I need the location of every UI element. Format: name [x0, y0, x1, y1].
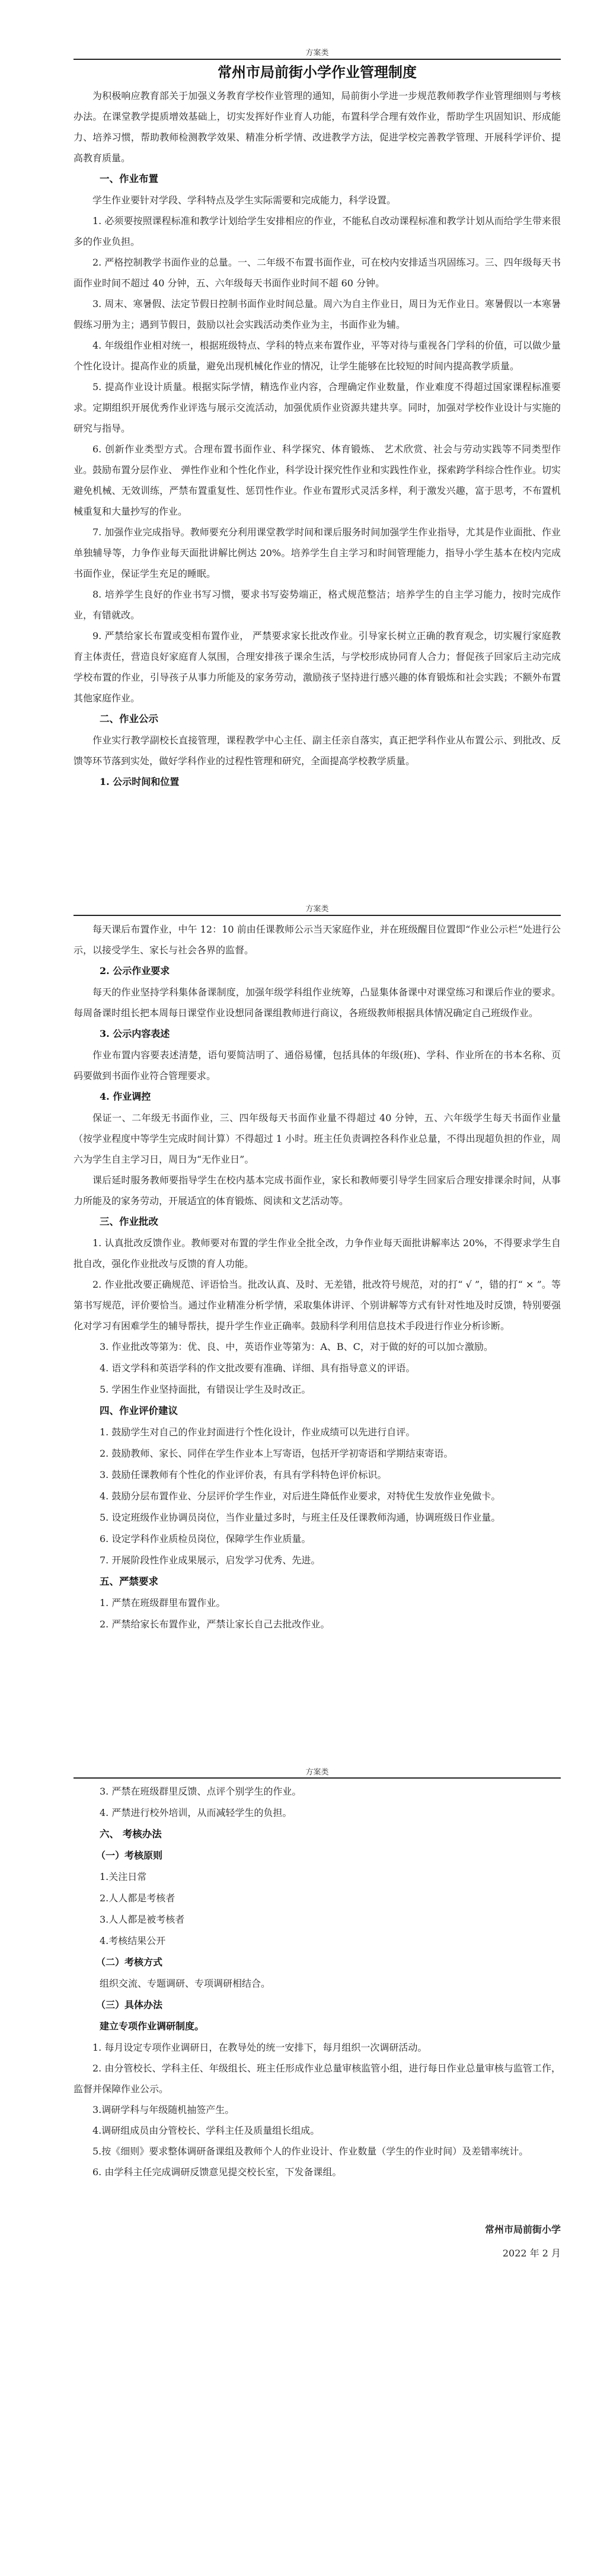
list-item: 3. 鼓励任课教师有个性化的作业评价表，有具有学科特色评价标识。 — [74, 1464, 561, 1486]
list-item: 2. 严格控制教学书面作业的总量。一、二年级不布置书面作业，可在校内安排适当巩固… — [74, 252, 561, 293]
page-1-content: 常州市局前街小学作业管理制度 为积极响应教育部关于加强义务教育学校作业管理的通知… — [74, 62, 561, 793]
subheading: 4. 作业调控 — [74, 1086, 561, 1107]
paragraph: 课后延时服务教师要指导学生在校内基本完成书面作业，家长和教师要引导学生回家后合理… — [74, 1170, 561, 1211]
header-rule — [74, 915, 561, 916]
page-1: 方案类 常州市局前街小学作业管理制度 为积极响应教育部关于加强义务教育学校作业管… — [0, 0, 607, 866]
section-heading-prohibitions: 五、严禁要求 — [74, 1571, 561, 1592]
list-item: 3. 作业批改等第为：优、良、中，英语作业等第为：A、B、C，对于做的好的可以加… — [74, 1336, 561, 1358]
header-rule — [74, 59, 561, 60]
subheading: 3. 公示内容表述 — [74, 1023, 561, 1045]
paragraph: 作业布置内容要表述清楚，语句要简洁明了、通俗易懂，包括具体的年级(班)、学科、作… — [74, 1045, 561, 1086]
subheading: （一）考核原则 — [74, 1845, 561, 1866]
page-2: 方案类 每天课后布置作业，中午 12：10 前由任课教师公示当天家庭作业，并在班… — [0, 866, 607, 1725]
page-3-content: 3. 严禁在班级群里反馈、点评个别学生的作业。 4. 严禁进行校外培训，从而减轻… — [74, 1781, 561, 2265]
document-title: 常州市局前街小学作业管理制度 — [74, 62, 561, 83]
intro-paragraph: 为积极响应教育部关于加强义务教育学校作业管理的通知，局前街小学进一步规范教师教学… — [74, 85, 561, 168]
subheading: （三）具体办法 — [74, 1994, 561, 2016]
section-heading-publication: 二、作业公示 — [74, 708, 561, 730]
list-item: 2.人人都是考核者 — [74, 1888, 561, 1909]
list-item: 5.按《细则》要求整体调研备课组及教师个人的作业设计、作业数量（学生的作业时间）… — [74, 2141, 561, 2162]
list-item: 3. 周末、寒暑假、法定节假日控制书面作业时间总量。周六为自主作业日，周日为无作… — [74, 293, 561, 335]
list-item: 5. 学困生作业坚持面批，有错误让学生及时改正。 — [74, 1379, 561, 1400]
list-item: 6. 设定学科作业质检员岗位，保障学生作业质量。 — [74, 1528, 561, 1550]
paragraph: 每天课后布置作业，中午 12：10 前由任课教师公示当天家庭作业，并在班级醒目位… — [74, 919, 561, 960]
list-item: 4. 鼓励分层布置作业、分层评价学生作业，对后进生降低作业要求，对特优生发放作业… — [74, 1486, 561, 1507]
list-item: 3.人人都是被考核者 — [74, 1909, 561, 1930]
subheading: 1. 公示时间和位置 — [74, 771, 561, 793]
list-item: 3. 严禁在班级群里反馈、点评个别学生的作业。 — [74, 1781, 561, 1802]
subheading: （二）考核方式 — [74, 1952, 561, 1973]
list-item: 5. 提高作业设计质量。根据实际学情，精选作业内容，合理确定作业数量，作业难度不… — [74, 376, 561, 439]
subheading: 2. 公示作业要求 — [74, 960, 561, 982]
section-lead: 学生作业要针对学段、学科特点及学生实际需要和完成能力，科学设置。 — [74, 190, 561, 210]
list-item: 4. 年级组作业相对统一，根据班级特点、学科的特点来布置作业，平等对待与重视各门… — [74, 335, 561, 376]
page-header: 方案类 — [74, 46, 561, 58]
list-item: 5. 设定班级作业协调员岗位，当作业量过多时，与班主任及任课教师沟通，协调班级日… — [74, 1507, 561, 1528]
list-item: 4. 严禁进行校外培训，从而减轻学生的负担。 — [74, 1802, 561, 1824]
signature-date: 2022 年 2 月 — [74, 2242, 561, 2265]
signature-school: 常州市局前街小学 — [74, 2218, 561, 2242]
list-item: 2. 鼓励教师、家长、同伴在学生作业本上写寄语，包括开学初寄语和学期结束寄语。 — [74, 1443, 561, 1464]
list-item: 6. 由学科主任完成调研反馈意见提交校长室，下发备课组。 — [74, 2162, 561, 2182]
page-header: 方案类 — [74, 902, 561, 914]
list-item: 1. 必须要按照课程标准和教学计划给学生安排相应的作业，不能私自改动课程标准和教… — [74, 210, 561, 252]
list-item: 4.调研组成员由分管校长、学科主任及质量组长组成。 — [74, 2120, 561, 2141]
section-heading-grading: 三、作业批改 — [74, 1211, 561, 1233]
paragraph: 组织交流、专题调研、专项调研相结合。 — [74, 1973, 561, 1994]
subheading: 建立专项作业调研制度。 — [74, 2016, 561, 2037]
list-item: 4.考核结果公开 — [74, 1930, 561, 1952]
page-header: 方案类 — [74, 1766, 561, 1777]
list-item: 3.调研学科与年级随机抽签产生。 — [74, 2099, 561, 2120]
list-item: 1. 每月设定专项作业调研日，在教导处的统一安排下，每月组织一次调研活动。 — [74, 2037, 561, 2058]
section-lead: 作业实行教学副校长直接管理，课程教学中心主任、副主任亲自落实，真正把学科作业从布… — [74, 730, 561, 771]
list-item: 8. 培养学生良好的作业书写习惯，要求书写姿势端正，格式规范整洁；培养学生的自主… — [74, 584, 561, 625]
list-item: 1.关注日常 — [74, 1866, 561, 1888]
list-item: 1. 认真批改反馈作业。教师要对布置的学生作业全批全改，力争作业每天面批讲解率达… — [74, 1233, 561, 1274]
list-item: 9. 严禁给家长布置或变相布置作业， 严禁要求家长批改作业。引导家长树立正确的教… — [74, 625, 561, 708]
section-heading-evaluation: 四、作业评价建议 — [74, 1400, 561, 1422]
list-item: 6. 创新作业类型方式。合理布置书面作业、科学探究、体育锻炼、 艺术欣赏、社会与… — [74, 439, 561, 522]
list-item: 7. 开展阶段性作业成果展示，启发学习优秀、先进。 — [74, 1550, 561, 1571]
list-item: 2. 由分管校长、学科主任、年级组长、班主任形成作业总量审核监管小组，进行每日作… — [74, 2058, 561, 2099]
spacer — [74, 2182, 561, 2218]
list-item: 4. 语文学科和英语学科的作文批改要有准确、详细、具有指导意义的评语。 — [74, 1358, 561, 1379]
header-rule — [74, 1777, 561, 1779]
section-heading-assignment: 一、作业布置 — [74, 168, 561, 190]
list-item: 1. 严禁在班级群里布置作业。 — [74, 1592, 561, 1614]
list-item: 7. 加强作业完成指导。教师要充分利用课堂教学时间和课后服务时间加强学生作业指导… — [74, 522, 561, 584]
section-heading-assessment: 六、 考核办法 — [74, 1824, 561, 1845]
list-item: 2. 严禁给家长布置作业，严禁让家长自己去批改作业。 — [74, 1614, 561, 1635]
list-item: 2. 作业批改要正确规范、评语恰当。批改认真、及时、无差错，批改符号规范，对的打… — [74, 1274, 561, 1336]
page-3: 方案类 3. 严禁在班级群里反馈、点评个别学生的作业。 4. 严禁进行校外培训，… — [0, 1725, 607, 2576]
paragraph: 每天的作业坚持学科集体备课制度，加强年级学科组作业统筹，凸显集体备课中对课堂练习… — [74, 982, 561, 1023]
paragraph: 保证一、二年级无书面作业，三、四年级每天书面作业量不得超过 40 分钟，五、六年… — [74, 1107, 561, 1170]
page-2-content: 每天课后布置作业，中午 12：10 前由任课教师公示当天家庭作业，并在班级醒目位… — [74, 919, 561, 1635]
list-item: 1. 鼓励学生对自己的作业封面进行个性化设计，作业成绩可以先进行自评。 — [74, 1422, 561, 1443]
